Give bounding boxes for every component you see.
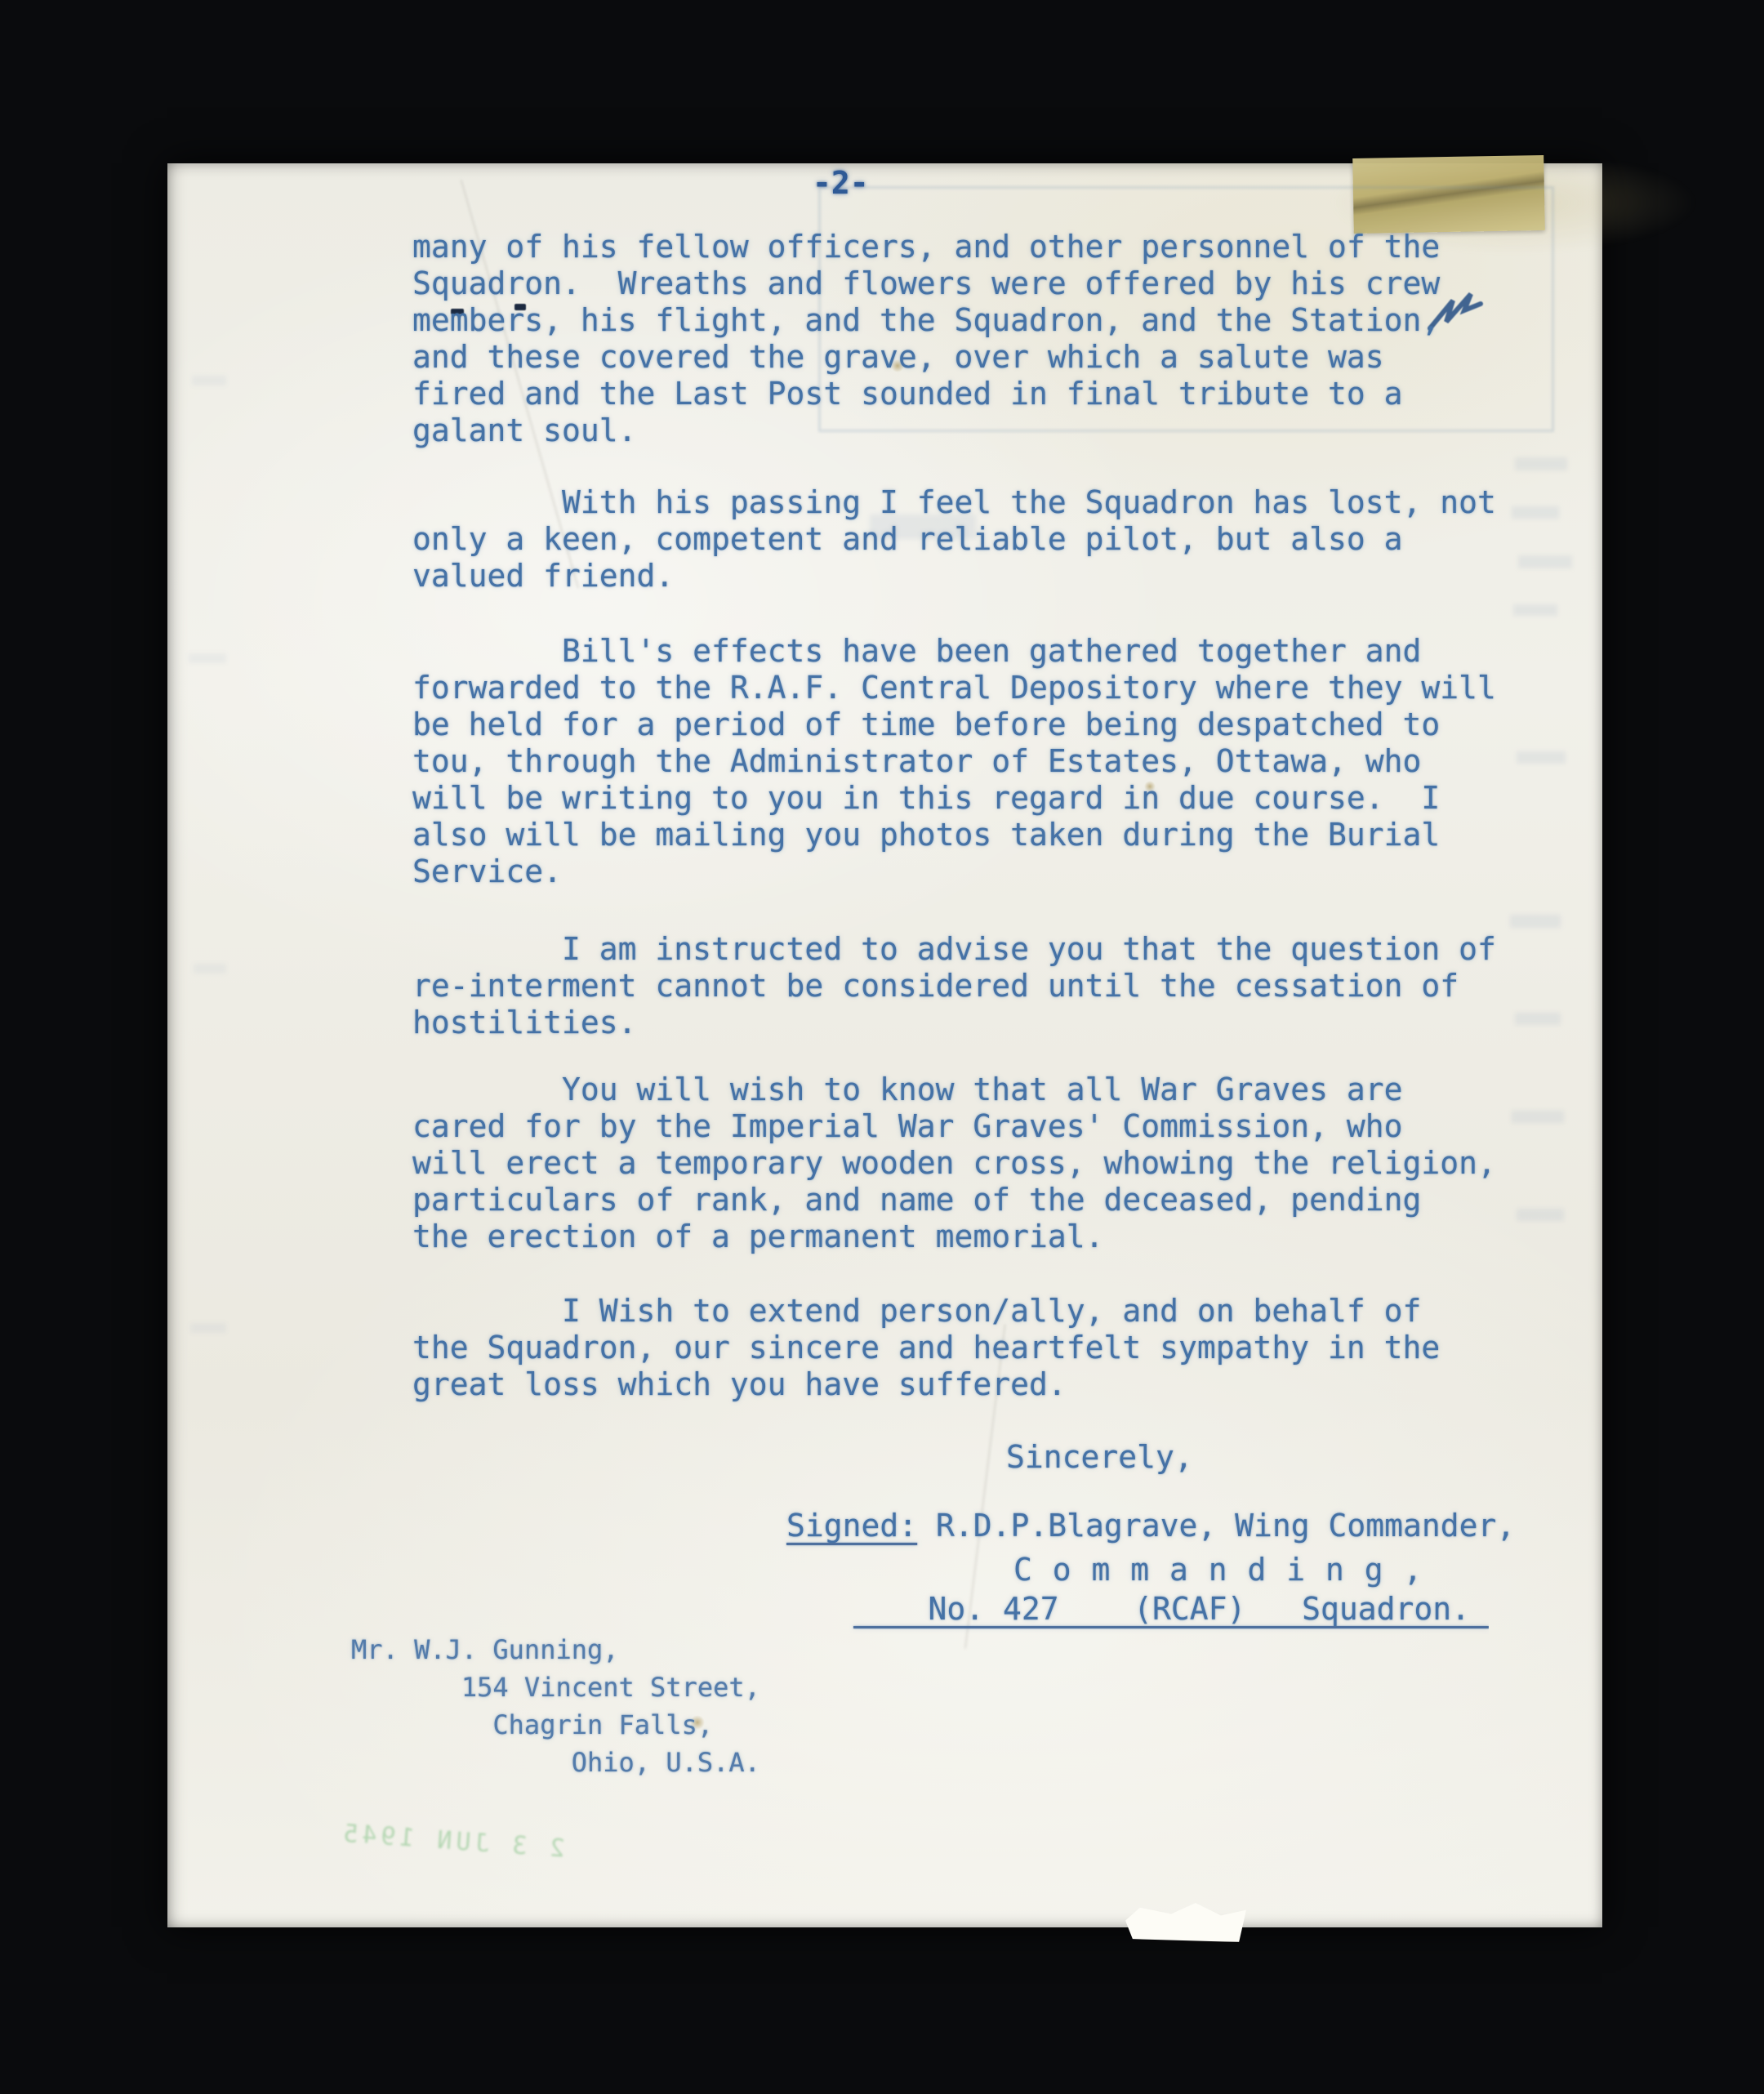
commanding-line: C o m m a n d i n g , xyxy=(1013,1552,1423,1588)
bleed-through-mark xyxy=(1515,1013,1561,1025)
bleed-through-mark xyxy=(189,653,226,663)
signed-name: R.D.P.Blagrave, Wing Commander, xyxy=(917,1508,1515,1544)
bleed-through-mark xyxy=(1515,457,1567,470)
signed-label: Signed: xyxy=(786,1508,917,1544)
bleed-through-mark xyxy=(192,376,226,385)
paragraph-6: I Wish to extend person/ally, and on beh… xyxy=(412,1293,1440,1403)
bleed-through-mark xyxy=(1517,751,1566,764)
signature-line: Signed: R.D.P.Blagrave, Wing Commander, xyxy=(786,1508,1515,1544)
scan-background: -2- many of his fellow officers, and oth… xyxy=(0,0,1764,2094)
bleed-through-mark xyxy=(1512,506,1559,519)
bleed-through-mark xyxy=(1512,1111,1564,1123)
paragraph-4: I am instructed to advise you that the q… xyxy=(412,931,1496,1041)
page-number: -2- xyxy=(813,165,869,202)
letter-page: -2- many of his fellow officers, and oth… xyxy=(167,163,1602,1927)
paragraph-2: With his passing I feel the Squadron has… xyxy=(412,484,1496,595)
paragraph-3: Bill's effects have been gathered togeth… xyxy=(412,633,1496,890)
paragraph-1: many of his fellow officers, and other p… xyxy=(412,229,1440,449)
bleed-through-mark xyxy=(1518,555,1572,568)
date-stamp: 2 3 JUN 1945 xyxy=(338,1815,566,1867)
bleed-through-mark xyxy=(1513,604,1557,616)
squadron-line: No. 427 (RCAF) Squadron. xyxy=(853,1591,1489,1628)
paper-tear xyxy=(1125,1903,1246,1942)
closing-sincerely: Sincerely, xyxy=(1006,1439,1193,1476)
bleed-through-mark xyxy=(194,964,226,973)
bleed-through-mark xyxy=(1510,915,1561,928)
recipient-address: Mr. W.J. Gunning, 154 Vincent Street, Ch… xyxy=(351,1631,760,1781)
paragraph-5: You will wish to know that all War Grave… xyxy=(412,1072,1496,1255)
bleed-through-mark xyxy=(190,1323,226,1333)
bleed-through-mark xyxy=(1517,1209,1564,1221)
